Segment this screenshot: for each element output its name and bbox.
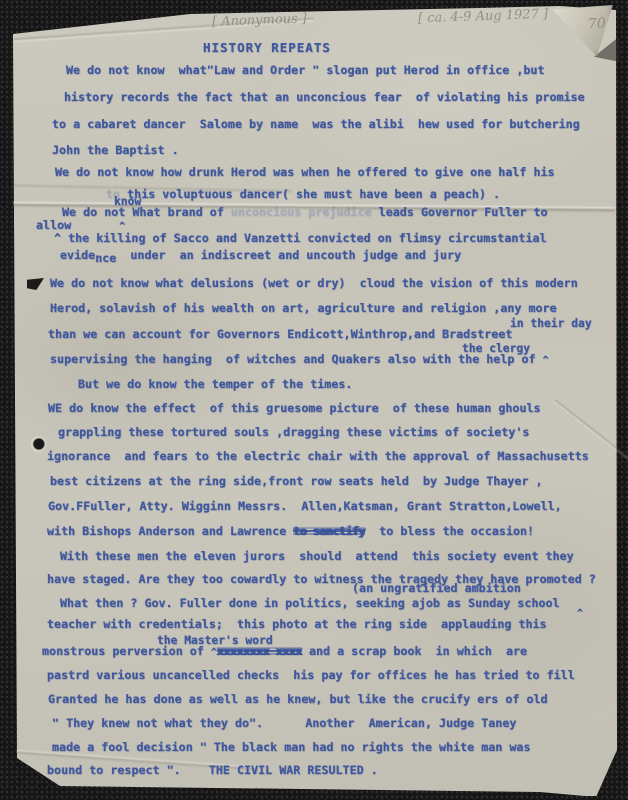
- typed-line: than we can account for Governors Endico…: [48, 327, 512, 341]
- typed-line: WE do know the effect of this gruesome p…: [48, 401, 541, 415]
- typed-line: history records the fact that an unconci…: [64, 90, 585, 104]
- typed-line: Granted he has done as well as he knew, …: [48, 692, 548, 706]
- typed-line: John the Baptist .: [52, 143, 179, 157]
- inserted-phrase: the Master's word: [157, 634, 273, 647]
- document-title: HISTORY REPEATS: [203, 40, 331, 55]
- typed-text: teacher with credentials; this photo at …: [47, 617, 547, 631]
- typed-line: allow^: [36, 218, 125, 232]
- typed-line: with Bishops Anderson and Lawrence to sa…: [47, 524, 534, 538]
- typed-line: Herod, solavish of his wealth on art, ag…: [50, 301, 557, 315]
- typed-line: We do not know what"Law and Order " slog…: [66, 63, 544, 77]
- typed-line: grappling these tortured souls ,dragging…: [58, 425, 529, 439]
- typed-line: best citizens at the ring side,front row…: [50, 474, 543, 488]
- typed-line: ^ the killing of Sacco and Vanzetti conv…: [54, 231, 547, 245]
- typed-line: to this voluptuous dancer( she must have…: [106, 187, 500, 201]
- struck-out-text: to sanctify: [293, 524, 365, 538]
- caret-mark: ^: [543, 355, 549, 366]
- scan-background: [ Anonymous ] [ ca. 4-9 Aug 1927 ] 70 HI…: [0, 0, 628, 800]
- typed-line: We do not know how drunk Herod was when …: [55, 165, 555, 179]
- typed-line: monstrous perversion of ^xxxxxxxx xxxxth…: [42, 644, 527, 658]
- typed-line: With these men the eleven jurors should …: [60, 549, 574, 563]
- typed-text: this voluptuous dancer( she must have be…: [127, 187, 500, 201]
- typed-line: Gov.FFuller, Atty. Wigginn Messrs. Allen…: [48, 499, 562, 513]
- typed-line: But we do know the temper of the times.: [78, 377, 352, 391]
- typed-text: evide: [60, 248, 95, 262]
- typescript-text-layer: HISTORY REPEATS We do not know what"Law …: [0, 0, 628, 800]
- typed-line: bound to respect ". THE CIVIL WAR RESULT…: [47, 763, 378, 777]
- typed-line: " They knew not what they do". Another A…: [52, 716, 516, 730]
- dropped-text: nce: [95, 251, 116, 265]
- typed-text: than we can account for Governors Endico…: [48, 327, 512, 341]
- typed-line: ignorance and fears to the electric chai…: [47, 449, 589, 463]
- inserted-phrase: in their day: [510, 317, 592, 330]
- typed-text: to bless the occasion!: [365, 524, 534, 538]
- typed-line: We do not know what delusions (wet or dr…: [50, 276, 578, 290]
- typed-line: made a fool decision " The black man had…: [52, 740, 530, 754]
- typed-text: and a scrap book in which are: [302, 644, 527, 658]
- typed-line: to a cabaret dancer Salome by name was t…: [52, 117, 580, 131]
- typed-text: with Bishops Anderson and Lawrence: [47, 524, 293, 538]
- caret-mark: ^: [577, 608, 583, 619]
- marginal-note: (an ungratified ambition: [352, 581, 521, 595]
- typed-line: We do notknow What brand of unconcious p…: [62, 205, 548, 219]
- inserted-phrase: the clergy: [462, 342, 530, 355]
- typed-text: under an indiscreet and uncouth judge an…: [116, 248, 461, 262]
- typed-line: teacher with credentials; this photo at …: [47, 617, 547, 631]
- typed-text: leads Governor Fuller to: [372, 205, 548, 219]
- typed-line: What then ? Gov. Fuller done in politics…: [60, 596, 560, 610]
- typed-line: supervising the hanging of witches and Q…: [50, 352, 549, 366]
- typed-line: evidence under an indiscreet and uncouth…: [60, 248, 461, 262]
- typed-line: pastrd various uncancelled checks his pa…: [47, 668, 575, 682]
- faded-text: unconcious prejudice: [231, 205, 372, 219]
- inserted-word: know: [114, 195, 141, 208]
- typed-text: allow: [36, 218, 71, 232]
